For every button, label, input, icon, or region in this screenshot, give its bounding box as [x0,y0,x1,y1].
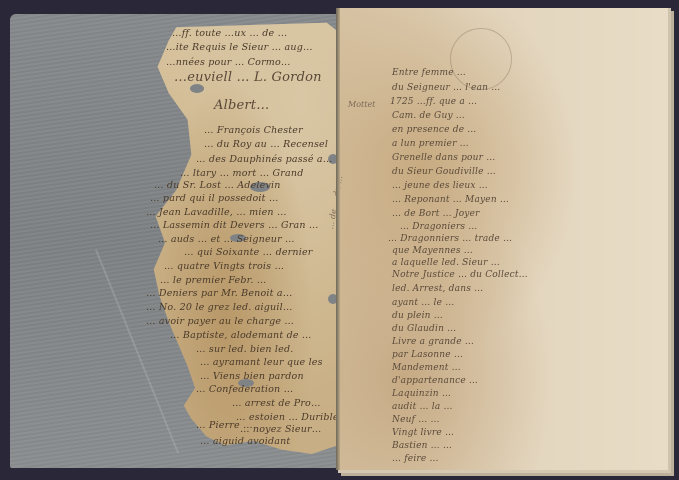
text-line: … ltary … mort … Grand [180,168,304,179]
signature: …euviell … L. Gordon [174,70,322,85]
text-line: Laquinzin … [392,389,451,399]
binding-spine [336,8,340,470]
text-line: du Glaudin … [392,324,456,334]
text-line: …ff. toute …ux … de … [172,28,287,39]
text-line: d'appartenance … [392,376,478,386]
text-line: … Viens bien pardon [200,371,304,382]
text-line: … pard qui il possedoit … [150,193,279,204]
text-line: … du Sr. Lost … Adelevin [154,180,281,191]
text-line: Grenelle dans pour … [392,153,495,163]
text-line: Livre a grande … [392,337,474,347]
text-line: a laquelle led. Sieur … [392,258,500,268]
text-line: par Lasonne … [392,350,463,360]
text-line: 1725 …ff. que a … [390,97,477,107]
text-line: Mandement … [392,363,461,373]
text-line: … Dragonniers … trade … [388,234,512,244]
text-line: … Deniers par Mr. Benoit a… [146,288,292,299]
text-line: … feire … [392,454,439,464]
text-line: ayant … le … [392,298,454,308]
text-line: … du Roy au … Recensel [204,139,328,150]
text-line: …nnées pour … Cormo… [166,57,291,68]
text-line: que Mayennes … [392,246,473,256]
text-line: … jeune des lieux … [392,181,488,191]
text-line: … le premier Febr. … [160,275,267,286]
text-line: Bastien … … [392,441,452,451]
text-line: … avoir payer au le charge … [146,316,294,327]
text-line: du Seigneur … l'ean … [392,83,500,93]
text-line: du plein … [392,311,443,321]
text-line: … des Dauphinés passé a… [196,154,333,165]
text-line: led. Arrest, dans … [392,284,483,294]
text-line: … Confederation … [196,384,293,395]
text-line: a lun premier … [392,139,469,149]
text-line: … qui Soixante … dernier [184,247,313,258]
text-line: … Reponant … Mayen … [392,195,509,205]
text-line: du Sieur Goudiville … [392,167,496,177]
text-line: … estoien … Durible… [236,412,348,423]
text-line: … Jean Lavadille, … mien … [146,207,287,218]
text-line: Vingt livre … [392,428,454,438]
text-line: Cam. de Guy … [392,111,465,121]
text-line: … No. 20 le grez led. aiguil… [146,302,293,313]
text-line: … Lassemin dit Devers … Gran … [150,220,319,231]
text-line: … de Bort … Joyer [392,209,480,219]
text-line: …ite Requis le Sieur … aug… [166,42,313,53]
text-line: Notre Justice … du Collect… [392,270,528,280]
margin-note: Mottet [348,100,375,109]
text-line: … sur led. bien led. [196,344,294,355]
text-line: … Dragoniers … [400,222,478,232]
text-line: … Baptiste, alodemant de … [170,330,312,341]
text-line: Neuf … … [392,415,440,425]
text-line: … aiguid avoidant [200,436,290,447]
signature: Albert… [214,98,269,113]
text-line: … François Chester [204,125,303,136]
text-line: … Pierre … [196,420,253,431]
text-line: … ayramant leur que les [200,357,323,368]
text-line: audit … la … [392,402,453,412]
stamp-seal-icon [450,28,512,90]
paper-hole [190,84,204,93]
text-line: en presence de … [392,125,477,135]
text-line: … quatre Vingts trois … [164,261,284,272]
text-line: Entre femme … [392,68,466,78]
text-line: … arrest de Pro… [232,398,321,409]
